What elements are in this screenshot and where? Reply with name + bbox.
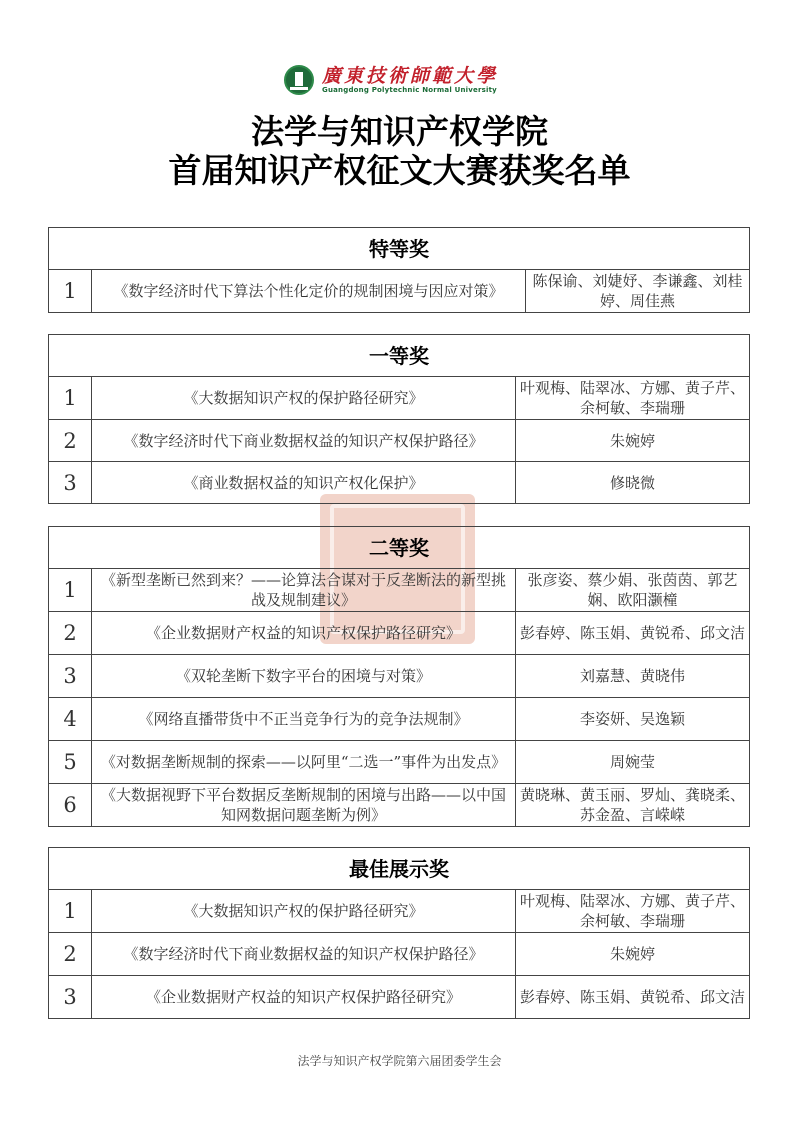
award-table-best-presentation: 最佳展示奖 1 《大数据知识产权的保护路径研究》 叶观梅、陆翠冰、方娜、黄子芹、… xyxy=(48,847,750,1019)
paper-authors: 黄晓琳、黄玉丽、罗灿、龚晓柔、苏金盈、言嵘嵘 xyxy=(516,784,750,827)
paper-authors: 朱婉婷 xyxy=(516,420,750,462)
row-number: 2 xyxy=(49,420,92,462)
paper-title: 《新型垄断已然到来？——论算法合谋对于反垄断法的新型挑战及规制建议》 xyxy=(92,569,516,612)
paper-authors: 周婉莹 xyxy=(516,741,750,784)
section-heading: 一等奖 xyxy=(49,335,750,377)
paper-title: 《数字经济时代下商业数据权益的知识产权保护路径》 xyxy=(92,933,516,976)
table-row: 4 《网络直播带货中不正当竞争行为的竞争法规制》 李姿妍、吴逸颖 xyxy=(49,698,750,741)
logo-chinese-name: 廣東技術師範大學 xyxy=(322,66,498,86)
table-row: 1 《数字经济时代下算法个性化定价的规制困境与因应对策》 陈保谕、刘婕妤、李谦鑫… xyxy=(49,270,750,313)
award-table-first: 一等奖 1 《大数据知识产权的保护路径研究》 叶观梅、陆翠冰、方娜、黄子芹、余柯… xyxy=(48,334,750,504)
paper-authors: 刘嘉慧、黄晓伟 xyxy=(516,655,750,698)
row-number: 4 xyxy=(49,698,92,741)
paper-authors: 叶观梅、陆翠冰、方娜、黄子芹、余柯敏、李瑞珊 xyxy=(516,377,750,420)
row-number: 1 xyxy=(49,569,92,612)
row-number: 2 xyxy=(49,933,92,976)
section-heading: 二等奖 xyxy=(49,527,750,569)
paper-title: 《网络直播带货中不正当竞争行为的竞争法规制》 xyxy=(92,698,516,741)
paper-title: 《大数据知识产权的保护路径研究》 xyxy=(92,377,516,420)
paper-title: 《企业数据财产权益的知识产权保护路径研究》 xyxy=(92,612,516,655)
paper-title: 《数字经济时代下商业数据权益的知识产权保护路径》 xyxy=(92,420,516,462)
table-row: 3 《商业数据权益的知识产权化保护》 修晓微 xyxy=(49,462,750,504)
paper-title: 《大数据视野下平台数据反垄断规制的困境与出路——以中国知网数据问题垄断为例》 xyxy=(92,784,516,827)
table-row: 3 《双轮垄断下数字平台的困境与对策》 刘嘉慧、黄晓伟 xyxy=(49,655,750,698)
university-logo: 廣東技術師範大學 Guangdong Polytechnic Normal Un… xyxy=(284,62,524,98)
paper-authors: 朱婉婷 xyxy=(516,933,750,976)
row-number: 2 xyxy=(49,612,92,655)
row-number: 3 xyxy=(49,655,92,698)
paper-title: 《大数据知识产权的保护路径研究》 xyxy=(92,890,516,933)
row-number: 6 xyxy=(49,784,92,827)
logo-english-name: Guangdong Polytechnic Normal University xyxy=(322,86,498,95)
table-row: 6 《大数据视野下平台数据反垄断规制的困境与出路——以中国知网数据问题垄断为例》… xyxy=(49,784,750,827)
row-number: 1 xyxy=(49,890,92,933)
section-heading: 特等奖 xyxy=(49,228,750,270)
award-table-special: 特等奖 1 《数字经济时代下算法个性化定价的规制困境与因应对策》 陈保谕、刘婕妤… xyxy=(48,227,750,313)
paper-title: 《企业数据财产权益的知识产权保护路径研究》 xyxy=(92,976,516,1019)
paper-authors: 彭春婷、陈玉娟、黄锐希、邱文洁 xyxy=(516,612,750,655)
table-row: 1 《新型垄断已然到来？——论算法合谋对于反垄断法的新型挑战及规制建议》 张彦姿… xyxy=(49,569,750,612)
paper-authors: 李姿妍、吴逸颖 xyxy=(516,698,750,741)
table-row: 1 《大数据知识产权的保护路径研究》 叶观梅、陆翠冰、方娜、黄子芹、余柯敏、李瑞… xyxy=(49,890,750,933)
table-row: 2 《企业数据财产权益的知识产权保护路径研究》 彭春婷、陈玉娟、黄锐希、邱文洁 xyxy=(49,612,750,655)
paper-authors: 陈保谕、刘婕妤、李谦鑫、刘桂婷、周佳燕 xyxy=(526,270,750,313)
footer-organizer: 法学与知识产权学院第六届团委学生会 xyxy=(0,1052,799,1069)
row-number: 3 xyxy=(49,462,92,504)
row-number: 1 xyxy=(49,270,92,313)
page-title-line2: 首届知识产权征文大赛获奖名单 xyxy=(0,145,799,192)
paper-authors: 修晓微 xyxy=(516,462,750,504)
table-row: 1 《大数据知识产权的保护路径研究》 叶观梅、陆翠冰、方娜、黄子芹、余柯敏、李瑞… xyxy=(49,377,750,420)
table-row: 2 《数字经济时代下商业数据权益的知识产权保护路径》 朱婉婷 xyxy=(49,933,750,976)
university-emblem-icon xyxy=(284,65,314,95)
section-heading: 最佳展示奖 xyxy=(49,848,750,890)
paper-title: 《双轮垄断下数字平台的困境与对策》 xyxy=(92,655,516,698)
paper-authors: 张彦姿、蔡少娟、张茵茵、郭艺娴、欧阳灏橦 xyxy=(516,569,750,612)
table-row: 3 《企业数据财产权益的知识产权保护路径研究》 彭春婷、陈玉娟、黄锐希、邱文洁 xyxy=(49,976,750,1019)
paper-title: 《对数据垄断规制的探索——以阿里“二选一”事件为出发点》 xyxy=(92,741,516,784)
paper-title: 《数字经济时代下算法个性化定价的规制困境与因应对策》 xyxy=(92,270,526,313)
paper-title: 《商业数据权益的知识产权化保护》 xyxy=(92,462,516,504)
row-number: 3 xyxy=(49,976,92,1019)
table-row: 5 《对数据垄断规制的探索——以阿里“二选一”事件为出发点》 周婉莹 xyxy=(49,741,750,784)
row-number: 5 xyxy=(49,741,92,784)
table-row: 2 《数字经济时代下商业数据权益的知识产权保护路径》 朱婉婷 xyxy=(49,420,750,462)
paper-authors: 叶观梅、陆翠冰、方娜、黄子芹、余柯敏、李瑞珊 xyxy=(516,890,750,933)
row-number: 1 xyxy=(49,377,92,420)
paper-authors: 彭春婷、陈玉娟、黄锐希、邱文洁 xyxy=(516,976,750,1019)
award-table-second: 二等奖 1 《新型垄断已然到来？——论算法合谋对于反垄断法的新型挑战及规制建议》… xyxy=(48,526,750,827)
